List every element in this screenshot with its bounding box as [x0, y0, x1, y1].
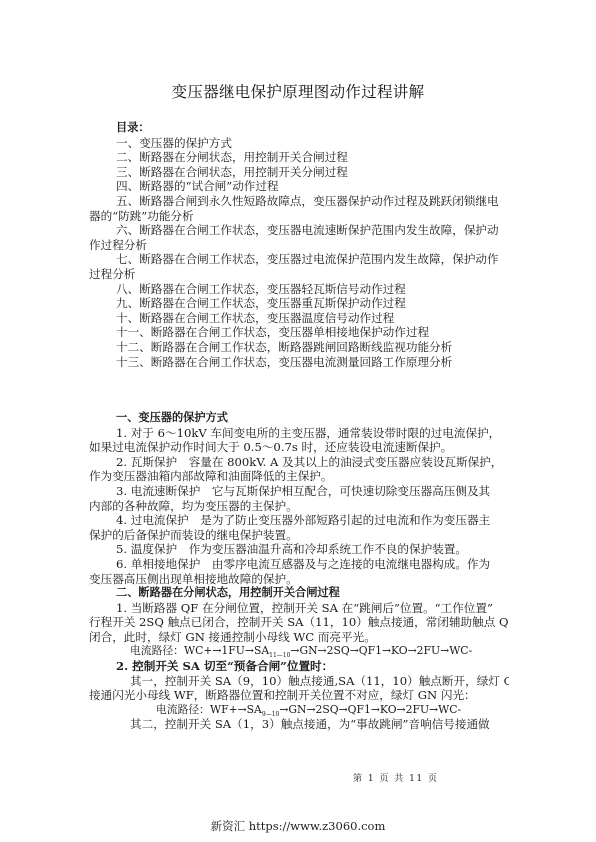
toc-item: 十三、断路器在合闸工作状态，变压器电流测量回路工作原理分析	[89, 355, 509, 370]
paragraph-line: 3. 电流速断保护 它与瓦斯保护相互配合，可快速切除变压器高压侧及其	[89, 484, 509, 499]
toc-item-continued: 器的“防跳”功能分析	[89, 209, 509, 224]
paragraph-line: 其二，控制开关 SA（1，3）触点接通，为“事故跳闸”音响信号接通做	[89, 717, 509, 732]
step-heading: 2. 控制开关 SA 切至“预备合闸”位置时：	[89, 659, 509, 674]
paragraph-line: 5. 温度保护 作为变压器油温升高和冷却系统工作不良的保护装置。	[89, 542, 509, 557]
page-number: 第 1 页 共 11 页	[353, 771, 438, 784]
paragraph-line: 接通闪光小母线 WF，断路器位置和控制开关位置不对应，绿灯 GN 闪光：	[89, 688, 509, 703]
toc-item-continued: 作过程分析	[89, 238, 509, 253]
paragraph-line: 其一，控制开关 SA（9，10）触点接通,SA（11，10）触点断开，绿灯 GN	[89, 674, 509, 689]
toc-item: 十二、断路器在合闸工作状态，断路器跳闸回路断线监视功能分析	[89, 340, 509, 355]
document-page: 变压器继电保护原理图动作过程讲解 目录： 一、变压器的保护方式 二、断路器在分闸…	[0, 0, 596, 842]
toc-item: 四、断路器的“试合闸”动作过程	[89, 179, 509, 194]
toc-item: 八、断路器在合闸工作状态，变压器轻瓦斯信号动作过程	[89, 282, 509, 297]
paragraph-line: 2. 瓦斯保护 容量在 800kV. A 及其以上的油浸式变压器应装设瓦斯保护，	[89, 455, 509, 470]
toc-item: 五、断路器合闸到永久性短路故障点，变压器保护动作过程及跳跃闭锁继电	[89, 194, 509, 209]
paragraph-line: 变压器高压侧出现单相接地故障的保护。	[89, 572, 509, 587]
paragraph-line: 闭合，此时，绿灯 GN 接通控制小母线 WC 而亮平光。	[89, 630, 509, 645]
section-protection-methods: 一、变压器的保护方式 1. 对于 6～10kV 车间变电所的主变压器，通常装设带…	[89, 411, 509, 586]
current-path-2: 电流路径：WF+→SA9—10→GN→2SQ→QF1→KO→2FU→WC-	[89, 703, 509, 718]
paragraph-line: 4. 过电流保护 是为了防止变压器外部短路引起的过电流和作为变压器主	[89, 513, 509, 528]
toc-item: 十、断路器在合闸工作状态，变压器温度信号动作过程	[89, 311, 509, 326]
paragraph-line: 作为变压器油箱内部故障和油面降低的主保护。	[89, 469, 509, 484]
paragraph-line: 6. 单相接地保护 由零序电流互感器及与之连接的电流继电器构成。作为	[89, 557, 509, 572]
section-closing-process: 二、断路器在分闸状态，用控制开关合闸过程 1. 当断路器 QF 在分闸位置，控制…	[89, 586, 509, 732]
paragraph-line: 内部的各种故障，均为变压器的主保护。	[89, 499, 509, 514]
section-heading: 一、变压器的保护方式	[89, 411, 509, 426]
paragraph-line: 保护的后备保护而装设的继电保护装置。	[89, 528, 509, 543]
document-title: 变压器继电保护原理图动作过程讲解	[0, 80, 596, 102]
paragraph-line: 1. 对于 6～10kV 车间变电所的主变压器，通常装设带时限的过电流保护，	[89, 426, 509, 441]
toc-item-continued: 过程分析	[89, 267, 509, 282]
table-of-contents: 目录： 一、变压器的保护方式 二、断路器在分闸状态，用控制开关合闸过程 三、断路…	[89, 121, 509, 369]
toc-item: 九、断路器在合闸工作状态，变压器重瓦斯保护动作过程	[89, 296, 509, 311]
toc-item: 二、断路器在分闸状态，用控制开关合闸过程	[89, 150, 509, 165]
watermark-link[interactable]: 新资汇 https://www.z3060.com	[0, 818, 596, 834]
toc-item: 七、断路器在合闸工作状态，变压器过电流保护范围内发生故障，保护动作	[89, 252, 509, 267]
toc-heading: 目录：	[89, 121, 509, 136]
paragraph-line: 1. 当断路器 QF 在分闸位置，控制开关 SA 在“跳闸后”位置。“工作位置”	[89, 601, 509, 616]
toc-item: 十一、断路器在合闸工作状态，变压器单相接地保护动作过程	[89, 325, 509, 340]
paragraph-line: 如果过电流保护动作时间大于 0.5～0.7s 时，还应装设电流速断保护。	[89, 440, 509, 455]
toc-item: 一、变压器的保护方式	[89, 136, 509, 151]
toc-item: 三、断路器在合闸状态，用控制开关分闸过程	[89, 165, 509, 180]
paragraph-line: 行程开关 2SQ 触点已闭合，控制开关 SA（11，10）触点接通，常闭辅助触点…	[89, 615, 509, 630]
current-path-1: 电流路径：WC+→1FU→SA11—10→GN→2SQ→QF1→KO→2FU→W…	[89, 644, 509, 659]
section-heading: 二、断路器在分闸状态，用控制开关合闸过程	[89, 586, 509, 601]
toc-item: 六、断路器在合闸工作状态，变压器电流速断保护范围内发生故障，保护动	[89, 223, 509, 238]
